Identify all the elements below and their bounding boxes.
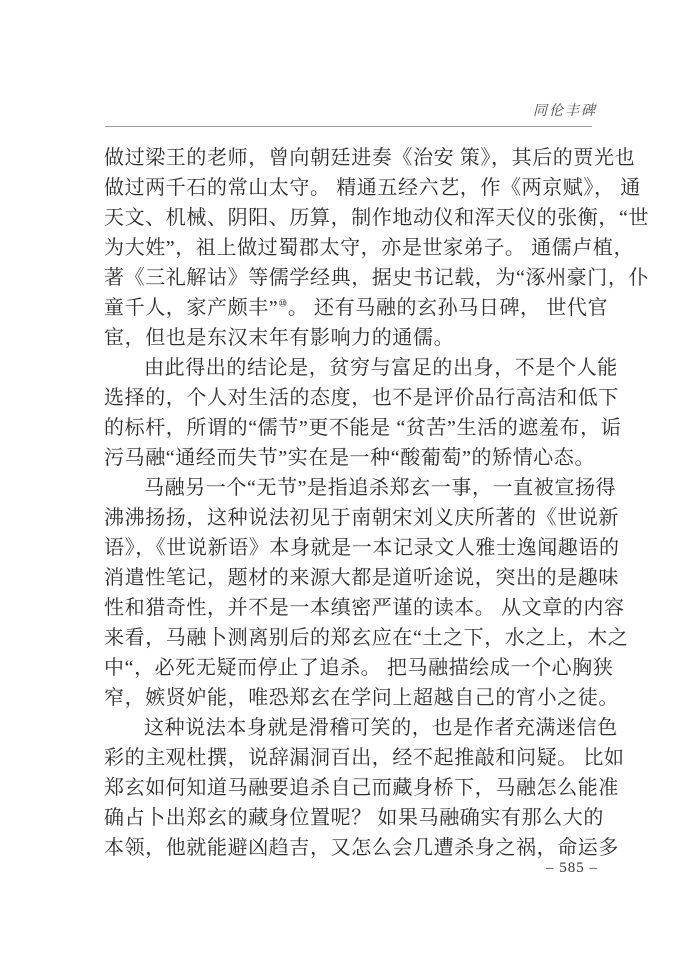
text-line: 中“，必死无疑而停止了追杀。 把马融描绘成一个心胸狭 xyxy=(104,653,604,683)
text-line: 污马融“通经而失节”实在是一种“酸葡萄”的矫情心态。 xyxy=(104,443,604,473)
text-line: 的标杆，所谓的“儒节”更不能是 “贫苦”生活的遮羞布，诟 xyxy=(104,413,604,443)
page-number: – 585 – xyxy=(546,860,598,877)
document-page: 同伦丰碑 做过梁王的老师，曾向朝廷进奏《治安 策》，其后的贾光也做过两千石的常山… xyxy=(0,0,692,968)
text-line: 来看，马融卜测离别后的郑玄应在“土之下，水之上，木之 xyxy=(104,623,604,653)
text-line: 马融另一个“无节”是指追杀郑玄一事，一直被宣扬得 xyxy=(104,473,604,503)
text-line: 消遣性笔记，题材的来源大都是道听途说，突出的是趣味 xyxy=(104,563,604,593)
text-line: 为大姓”，祖上做过蜀郡太守，亦是世家弟子。 通儒卢植， xyxy=(104,233,604,263)
text-line: 确占卜出郑玄的藏身位置呢？ 如果马融确实有那么大的 xyxy=(104,803,604,833)
text-line: 童千人，家产颇丰”⑩。 还有马融的玄孙马日碑， 世代官 xyxy=(104,293,604,323)
running-header-title: 同伦丰碑 xyxy=(533,100,597,120)
text-line: 选择的，个人对生活的态度，也不是评价品行高洁和低下 xyxy=(104,383,604,413)
text-line: 著《三礼解诂》等儒学经典，据史书记载，为“涿州豪门，仆 xyxy=(104,263,604,293)
header-rule xyxy=(105,126,592,127)
text-line: 性和猎奇性，并不是一本缜密严谨的读本。 从文章的内容 xyxy=(104,593,604,623)
text-line: 这种说法本身就是滑稽可笑的，也是作者充满迷信色 xyxy=(104,713,604,743)
text-line: 郑玄如何知道马融要追杀自己而藏身桥下，马融怎么能准 xyxy=(104,773,604,803)
text-line: 做过两千石的常山太守。 精通五经六艺，作《两京赋》， 通 xyxy=(104,173,604,203)
footnote-ref: ⑩ xyxy=(278,298,288,309)
text-line: 语》，《世说新语》本身就是一本记录文人雅士逸闻趣语的 xyxy=(104,533,604,563)
text-line: 宦，但也是东汉末年有影响力的通儒。 xyxy=(104,323,604,353)
text-line: 天文、机械、阴阳、历算，制作地动仪和浑天仪的张衡，“世 xyxy=(104,203,604,233)
text-line: 沸沸扬扬，这种说法初见于南朝宋刘义庆所著的《世说新 xyxy=(104,503,604,533)
text-line: 彩的主观杜撰，说辞漏洞百出，经不起推敲和问疑。 比如 xyxy=(104,743,604,773)
body-text: 做过梁王的老师，曾向朝廷进奏《治安 策》，其后的贾光也做过两千石的常山太守。 精… xyxy=(104,143,604,863)
text-line: 做过梁王的老师，曾向朝廷进奏《治安 策》，其后的贾光也 xyxy=(104,143,604,173)
text-line: 本领，他就能避凶趋吉，又怎么会几遭杀身之祸，命运多 xyxy=(104,833,604,863)
text-line: 窄，嫉贤妒能，唯恐郑玄在学问上超越自己的宵小之徒。 xyxy=(104,683,604,713)
text-line: 由此得出的结论是，贫穷与富足的出身，不是个人能 xyxy=(104,353,604,383)
